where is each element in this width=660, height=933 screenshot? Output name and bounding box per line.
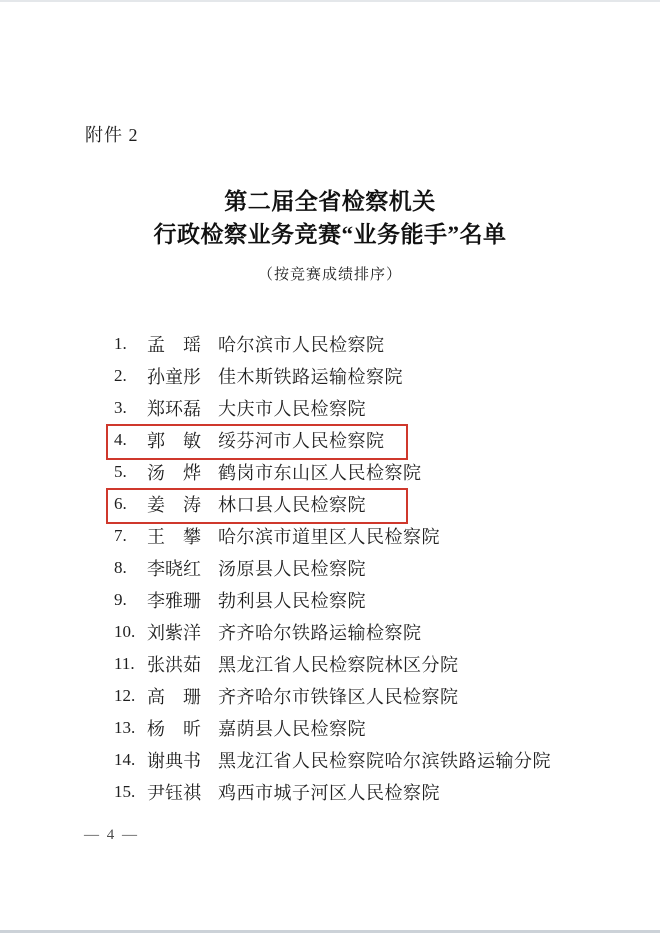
scan-edge-top xyxy=(0,0,660,2)
rank-number: 1. xyxy=(114,334,147,354)
rank-number: 8. xyxy=(114,558,147,578)
page-number: — 4 — xyxy=(84,827,139,844)
rank-number: 9. xyxy=(114,590,147,610)
list-item: 1. 孟 瑶 哈尔滨市人民检察院 xyxy=(114,328,574,360)
institution-name: 勃利县人民检察院 xyxy=(218,587,366,613)
list-item-highlighted: 6. 姜 涛 林口县人民检察院 xyxy=(114,488,574,520)
institution-name: 哈尔滨市道里区人民检察院 xyxy=(218,523,440,549)
list-item: 10. 刘紫洋 齐齐哈尔铁路运输检察院 xyxy=(114,616,574,648)
institution-name: 齐齐哈尔市铁锋区人民检察院 xyxy=(218,683,459,709)
person-name: 李晓红 xyxy=(147,555,218,581)
institution-name: 齐齐哈尔铁路运输检察院 xyxy=(218,619,422,645)
rank-number: 12. xyxy=(114,686,147,706)
document-page: 附件 2 第二届全省检察机关 行政检察业务竞赛“业务能手”名单 （按竞赛成绩排序… xyxy=(0,0,660,933)
person-name: 尹钰祺 xyxy=(147,779,218,805)
list-item: 5. 汤 烨 鹤岗市东山区人民检察院 xyxy=(114,456,574,488)
person-name: 刘紫洋 xyxy=(147,619,218,645)
institution-name: 鹤岗市东山区人民检察院 xyxy=(218,459,422,485)
rank-number: 4. xyxy=(114,430,147,450)
rank-number: 7. xyxy=(114,526,147,546)
institution-name: 绥芬河市人民检察院 xyxy=(218,427,385,453)
rank-number: 14. xyxy=(114,750,147,770)
list-item: 9. 李雅珊 勃利县人民检察院 xyxy=(114,584,574,616)
list-item: 2. 孙童彤 佳木斯铁路运输检察院 xyxy=(114,360,574,392)
rank-number: 13. xyxy=(114,718,147,738)
institution-name: 嘉荫县人民检察院 xyxy=(218,715,366,741)
rank-number: 11. xyxy=(114,654,147,674)
person-name: 高 珊 xyxy=(147,683,218,709)
rank-number: 15. xyxy=(114,782,147,802)
person-name: 郑环磊 xyxy=(147,395,218,421)
person-name: 汤 烨 xyxy=(147,459,218,485)
rank-number: 3. xyxy=(114,398,147,418)
institution-name: 汤原县人民检察院 xyxy=(218,555,366,581)
person-name: 李雅珊 xyxy=(147,587,218,613)
sort-note: （按竞赛成绩排序） xyxy=(0,265,660,285)
list-item: 3. 郑环磊 大庆市人民检察院 xyxy=(114,392,574,424)
list-item: 7. 王 攀 哈尔滨市道里区人民检察院 xyxy=(114,520,574,552)
institution-name: 大庆市人民检察院 xyxy=(218,395,366,421)
rank-number: 2. xyxy=(114,366,147,386)
list-item: 15. 尹钰祺 鸡西市城子河区人民检察院 xyxy=(114,776,574,808)
list-item: 14. 谢典书 黑龙江省人民检察院哈尔滨铁路运输分院 xyxy=(114,744,574,776)
person-name: 张洪茹 xyxy=(147,651,218,677)
rank-number: 5. xyxy=(114,462,147,482)
list-item: 13. 杨 昕 嘉荫县人民检察院 xyxy=(114,712,574,744)
rank-number: 6. xyxy=(114,494,147,514)
list-item: 12. 高 珊 齐齐哈尔市铁锋区人民检察院 xyxy=(114,680,574,712)
rank-number: 10. xyxy=(114,622,147,642)
list-item-highlighted: 4. 郭 敏 绥芬河市人民检察院 xyxy=(114,424,574,456)
list-item: 11. 张洪茹 黑龙江省人民检察院林区分院 xyxy=(114,648,574,680)
institution-name: 林口县人民检察院 xyxy=(218,491,366,517)
institution-name: 鸡西市城子河区人民检察院 xyxy=(218,779,440,805)
person-name: 谢典书 xyxy=(147,747,218,773)
document-title: 第二届全省检察机关 行政检察业务竞赛“业务能手”名单 xyxy=(0,185,660,251)
person-name: 郭 敏 xyxy=(147,427,218,453)
person-name: 姜 涛 xyxy=(147,491,218,517)
institution-name: 哈尔滨市人民检察院 xyxy=(218,331,385,357)
person-name: 孙童彤 xyxy=(147,363,218,389)
attachment-label: 附件 2 xyxy=(85,121,139,147)
person-name: 王 攀 xyxy=(147,523,218,549)
title-line-2: 行政检察业务竞赛“业务能手”名单 xyxy=(0,218,660,251)
institution-name: 黑龙江省人民检察院哈尔滨铁路运输分院 xyxy=(218,747,551,773)
list-item: 8. 李晓红 汤原县人民检察院 xyxy=(114,552,574,584)
person-name: 杨 昕 xyxy=(147,715,218,741)
title-line-1: 第二届全省检察机关 xyxy=(0,185,660,218)
institution-name: 黑龙江省人民检察院林区分院 xyxy=(218,651,459,677)
person-name: 孟 瑶 xyxy=(147,331,218,357)
institution-name: 佳木斯铁路运输检察院 xyxy=(218,363,403,389)
winners-list: 1. 孟 瑶 哈尔滨市人民检察院 2. 孙童彤 佳木斯铁路运输检察院 3. 郑环… xyxy=(114,328,574,808)
